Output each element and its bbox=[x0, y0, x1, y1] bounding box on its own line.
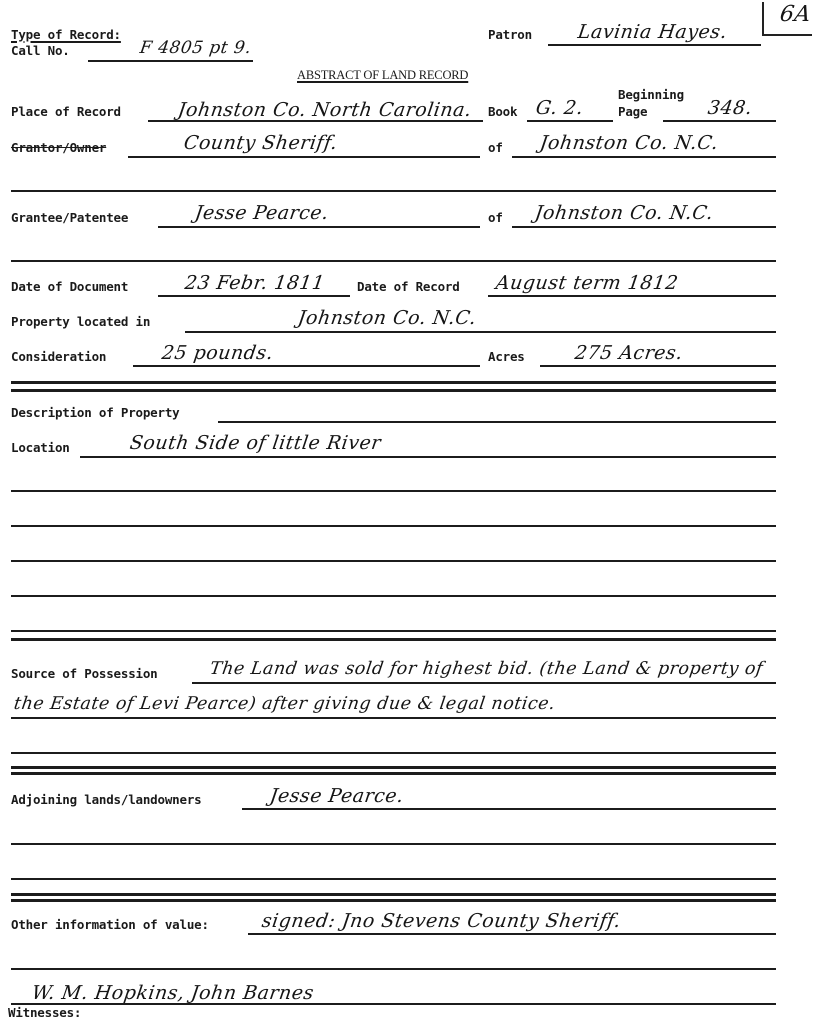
grantee-of-value[interactable]: Johnston Co. N.C. bbox=[533, 202, 714, 224]
property-located-in-line bbox=[185, 331, 776, 333]
adjoining-blank-line-2 bbox=[11, 878, 776, 880]
grantee-patentee-line bbox=[158, 226, 480, 228]
grantor-owner-label: Grantor/Owner bbox=[11, 140, 106, 155]
date-of-record-value[interactable]: August term 1812 bbox=[494, 272, 679, 294]
description-blank-line-4 bbox=[11, 595, 776, 597]
patron-line bbox=[548, 44, 761, 46]
book-value[interactable]: G. 2. bbox=[534, 97, 584, 119]
location-line bbox=[80, 456, 776, 458]
adjoining-lands-value[interactable]: Jesse Pearce. bbox=[268, 785, 405, 807]
description-blank-line-2 bbox=[11, 525, 776, 527]
grantor-owner-line bbox=[128, 156, 480, 158]
acres-line bbox=[540, 365, 776, 367]
source-line-1 bbox=[192, 682, 776, 684]
source-blank-line bbox=[11, 752, 776, 754]
witnesses-line bbox=[11, 1003, 776, 1005]
form-title: ABSTRACT OF LAND RECORD bbox=[297, 68, 468, 83]
section-divider-3a bbox=[11, 766, 776, 769]
adjoining-blank-line-1 bbox=[11, 843, 776, 845]
grantee-patentee-label: Grantee/Patentee bbox=[11, 210, 128, 225]
grantee-of-label: of bbox=[488, 210, 503, 225]
source-line-2 bbox=[11, 717, 776, 719]
description-blank-line-1 bbox=[11, 490, 776, 492]
place-of-record-value[interactable]: Johnston Co. North Carolina. bbox=[176, 99, 473, 121]
grantee-patentee-value[interactable]: Jesse Pearce. bbox=[193, 202, 330, 224]
other-blank-line bbox=[11, 968, 776, 970]
beginning-page-value[interactable]: 348. bbox=[706, 97, 753, 119]
grantee-extra-line bbox=[11, 260, 776, 262]
type-of-record-label: Type of Record: bbox=[11, 27, 121, 42]
beginning-label: Beginning bbox=[618, 87, 684, 102]
description-line bbox=[218, 421, 776, 423]
property-located-in-value[interactable]: Johnston Co. N.C. bbox=[296, 307, 477, 329]
description-blank-line-3 bbox=[11, 560, 776, 562]
section-divider-1a bbox=[11, 381, 776, 384]
adjoining-line bbox=[242, 808, 776, 810]
section-divider-3b bbox=[11, 772, 776, 775]
grantor-owner-value[interactable]: County Sheriff. bbox=[182, 132, 339, 154]
acres-value[interactable]: 275 Acres. bbox=[573, 342, 684, 364]
source-of-possession-value-2[interactable]: the Estate of Levi Pearce) after giving … bbox=[13, 694, 557, 714]
page-line bbox=[663, 120, 776, 122]
place-of-record-label: Place of Record bbox=[11, 104, 121, 119]
date-of-document-label: Date of Document bbox=[11, 279, 128, 294]
adjoining-lands-label: Adjoining lands/landowners bbox=[11, 792, 201, 807]
date-of-record-label: Date of Record bbox=[357, 279, 460, 294]
consideration-label: Consideration bbox=[11, 349, 106, 364]
witnesses-label: Witnesses: bbox=[8, 1005, 81, 1020]
other-information-value[interactable]: signed: Jno Stevens County Sheriff. bbox=[260, 910, 622, 932]
corner-mark: 6A bbox=[778, 2, 812, 27]
book-label: Book bbox=[488, 104, 517, 119]
page-label: Page bbox=[618, 104, 647, 119]
section-divider-4a bbox=[11, 893, 776, 896]
source-of-possession-value-1[interactable]: The Land was sold for highest bid. (the … bbox=[209, 659, 765, 679]
witnesses-value[interactable]: W. M. Hopkins, John Barnes bbox=[30, 982, 315, 1004]
book-line bbox=[527, 120, 613, 122]
section-divider-4b bbox=[11, 899, 776, 902]
consideration-line bbox=[133, 365, 480, 367]
call-no-line bbox=[88, 60, 253, 62]
description-blank-line-5 bbox=[11, 630, 776, 632]
consideration-value[interactable]: 25 pounds. bbox=[160, 342, 274, 364]
property-located-in-label: Property located in bbox=[11, 314, 150, 329]
date-of-document-line bbox=[158, 295, 350, 297]
grantor-of-label: of bbox=[488, 140, 503, 155]
grantee-of-line bbox=[512, 226, 776, 228]
source-of-possession-label: Source of Possession bbox=[11, 666, 158, 681]
description-of-property-label: Description of Property bbox=[11, 405, 180, 420]
call-no-value[interactable]: F 4805 pt 9. bbox=[139, 38, 253, 58]
location-value[interactable]: South Side of little River bbox=[128, 432, 382, 454]
grantor-of-line bbox=[512, 156, 776, 158]
date-of-record-line bbox=[488, 295, 776, 297]
call-no-label: Call No. bbox=[11, 43, 70, 58]
section-divider-1b bbox=[11, 389, 776, 392]
date-of-document-value[interactable]: 23 Febr. 1811 bbox=[183, 272, 326, 294]
grantor-extra-line bbox=[11, 190, 776, 192]
acres-label: Acres bbox=[488, 349, 525, 364]
patron-label: Patron bbox=[488, 27, 532, 42]
location-label: Location bbox=[11, 440, 70, 455]
other-information-label: Other information of value: bbox=[11, 917, 209, 932]
other-information-line bbox=[248, 933, 776, 935]
section-divider-2 bbox=[11, 638, 776, 641]
patron-value[interactable]: Lavinia Hayes. bbox=[576, 21, 728, 43]
grantor-of-value[interactable]: Johnston Co. N.C. bbox=[538, 132, 719, 154]
